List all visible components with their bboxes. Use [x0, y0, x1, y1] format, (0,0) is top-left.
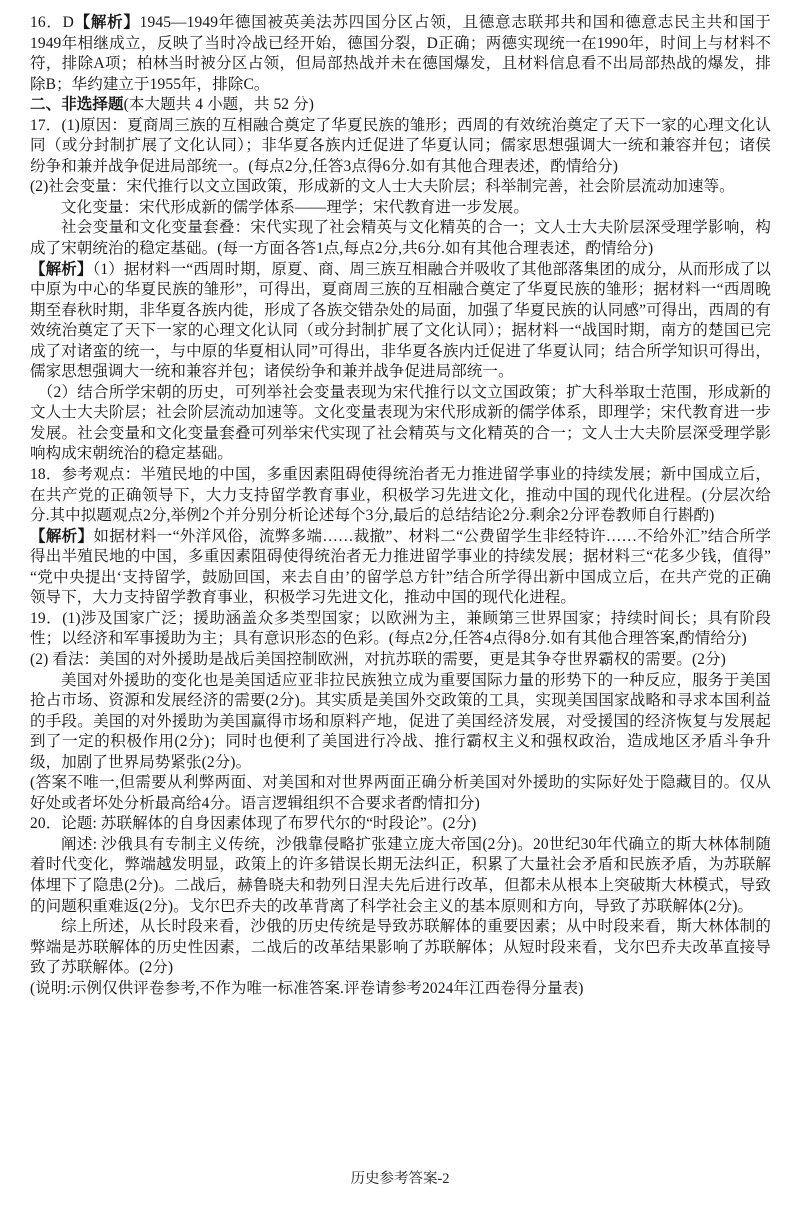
- answer-16: 16．D【解析】1945—1949年德国被英美法苏四国分区占领，且德意志联邦共和…: [30, 13, 771, 95]
- answer-17-q2-culture: 文化变量：宋代形成新的儒学体系——理学；宋代教育进一步发展。: [30, 198, 771, 219]
- analysis-17-q2: （2）结合所学宋朝的历史，可列举社会变量表现为宋代推行以文立国政策；扩大科举取士…: [30, 383, 771, 465]
- text-run: （2）结合所学宋朝的历史，可列举社会变量表现为宋代推行以文立国政策；扩大科举取士…: [30, 384, 771, 463]
- text-run: (答案不唯一,但需要从利弊两面、对美国和对世界两面正确分析美国对外援助的实际好处…: [30, 774, 771, 812]
- text-run: 文化变量：宋代形成新的儒学体系——理学；宋代教育进一步发展。: [61, 199, 529, 216]
- bold-text-run: 【解析】: [74, 14, 140, 31]
- answer-17-q2-social: (2)社会变量：宋代推行以文立国政策，形成新的文人士大夫阶层；科举制完善，社会阶…: [30, 177, 771, 198]
- bold-text-run: 【解析】: [30, 261, 92, 278]
- text-run: 20．论题: 苏联解体的自身因素体现了布罗代尔的“时段论”。(2分): [30, 815, 476, 832]
- answer-20-elaboration: 阐述: 沙俄具有专制主义传统，沙俄靠侵略扩张建立庞大帝国(2分)。20世纪30年…: [30, 835, 771, 917]
- text-run: 阐述: 沙俄具有专制主义传统，沙俄靠侵略扩张建立庞大帝国(2分)。20世纪30年…: [30, 836, 771, 915]
- answer-19-grading-note: (答案不唯一,但需要从利弊两面、对美国和对世界两面正确分析美国对外援助的实际好处…: [30, 773, 771, 814]
- text-run: 19．(1)涉及国家广泛；援助涵盖众多类型国家；以欧洲为主，兼顾第三世界国家；持…: [30, 610, 771, 648]
- footer-page-label: 历史参考答案-2: [350, 1171, 449, 1187]
- answer-17-q2-overlap: 社会变量和文化变量套叠：宋代实现了社会精英与文化精英的合一；文人士大夫阶层深受理…: [30, 218, 771, 259]
- text-run: (2)社会变量：宋代推行以文立国政策，形成新的文人士大夫阶层；科举制完善，社会阶…: [30, 178, 735, 195]
- analysis-18: 【解析】如据材料一“外洋风俗，流弊多端……裁撤”、材料二“公费留学生非经特许………: [30, 527, 771, 609]
- answer-20-topic: 20．论题: 苏联解体的自身因素体现了布罗代尔的“时段论”。(2分): [30, 814, 771, 835]
- text-run: 1945—1949年德国被英美法苏四国分区占领，且德意志联邦共和国和德意志民主共…: [30, 14, 771, 93]
- page-footer: 历史参考答案-2: [0, 1167, 800, 1188]
- text-run: (说明:示例仅供评卷参考,不作为唯一标准答案.评卷请参考2024年江西卷得分量表…: [30, 980, 583, 997]
- text-run: 18．参考观点：半殖民地的中国，多重因素阻碍使得统治者无力推进留学事业的持续发展…: [30, 466, 771, 524]
- text-run: (本大题共 4 小题，共 52 分): [124, 96, 314, 113]
- text-run: 16．D: [30, 14, 74, 31]
- text-run: (2) 看法：美国的对外援助是战后美国控制欧洲，对抗苏联的需要，更是其争夺世界霸…: [30, 651, 726, 668]
- answer-20-summary: 综上所述，从长时段来看，沙俄的历史传统是导致苏联解体的重要因素；从中时段来看，斯…: [30, 917, 771, 979]
- bold-text-run: 【解析】: [30, 528, 93, 545]
- text-run: 如据材料一“外洋风俗，流弊多端……裁撤”、材料二“公费留学生非经特许……不给外汇…: [30, 528, 771, 607]
- answer-19-q2-view: (2) 看法：美国的对外援助是战后美国控制欧洲，对抗苏联的需要，更是其争夺世界霸…: [30, 650, 771, 671]
- bold-text-run: 二、非选择题: [30, 96, 124, 113]
- answer-19-q1: 19．(1)涉及国家广泛；援助涵盖众多类型国家；以欧洲为主，兼顾第三世界国家；持…: [30, 609, 771, 650]
- analysis-17-q1: 【解析】（1）据材料一“西周时期，原夏、商、周三族互相融合并吸收了其他部落集团的…: [30, 260, 771, 383]
- text-run: 综上所述，从长时段来看，沙俄的历史传统是导致苏联解体的重要因素；从中时段来看，斯…: [30, 918, 771, 976]
- answer-18: 18．参考观点：半殖民地的中国，多重因素阻碍使得统治者无力推进留学事业的持续发展…: [30, 465, 771, 527]
- answer-19-q2-body: 美国对外援助的变化也是美国适应亚非拉民族独立成为重要国际力量的形势下的一种反应，…: [30, 671, 771, 774]
- section-2-heading: 二、非选择题(本大题共 4 小题，共 52 分): [30, 95, 771, 116]
- grading-disclaimer: (说明:示例仅供评卷参考,不作为唯一标准答案.评卷请参考2024年江西卷得分量表…: [30, 979, 771, 1000]
- answer-document: 16．D【解析】1945—1949年德国被英美法苏四国分区占领，且德意志联邦共和…: [30, 13, 771, 999]
- text-run: 17．(1)原因：夏商周三族的互相融合奠定了华夏民族的雏形；西周的有效统治奠定了…: [30, 117, 771, 175]
- text-run: 社会变量和文化变量套叠：宋代实现了社会精英与文化精英的合一；文人士大夫阶层深受理…: [30, 219, 771, 257]
- answer-17-q1: 17．(1)原因：夏商周三族的互相融合奠定了华夏民族的雏形；西周的有效统治奠定了…: [30, 116, 771, 178]
- text-run: （1）据材料一“西周时期，原夏、商、周三族互相融合并吸收了其他部落集团的成分，从…: [30, 261, 771, 381]
- text-run: 美国对外援助的变化也是美国适应亚非拉民族独立成为重要国际力量的形势下的一种反应，…: [30, 672, 771, 771]
